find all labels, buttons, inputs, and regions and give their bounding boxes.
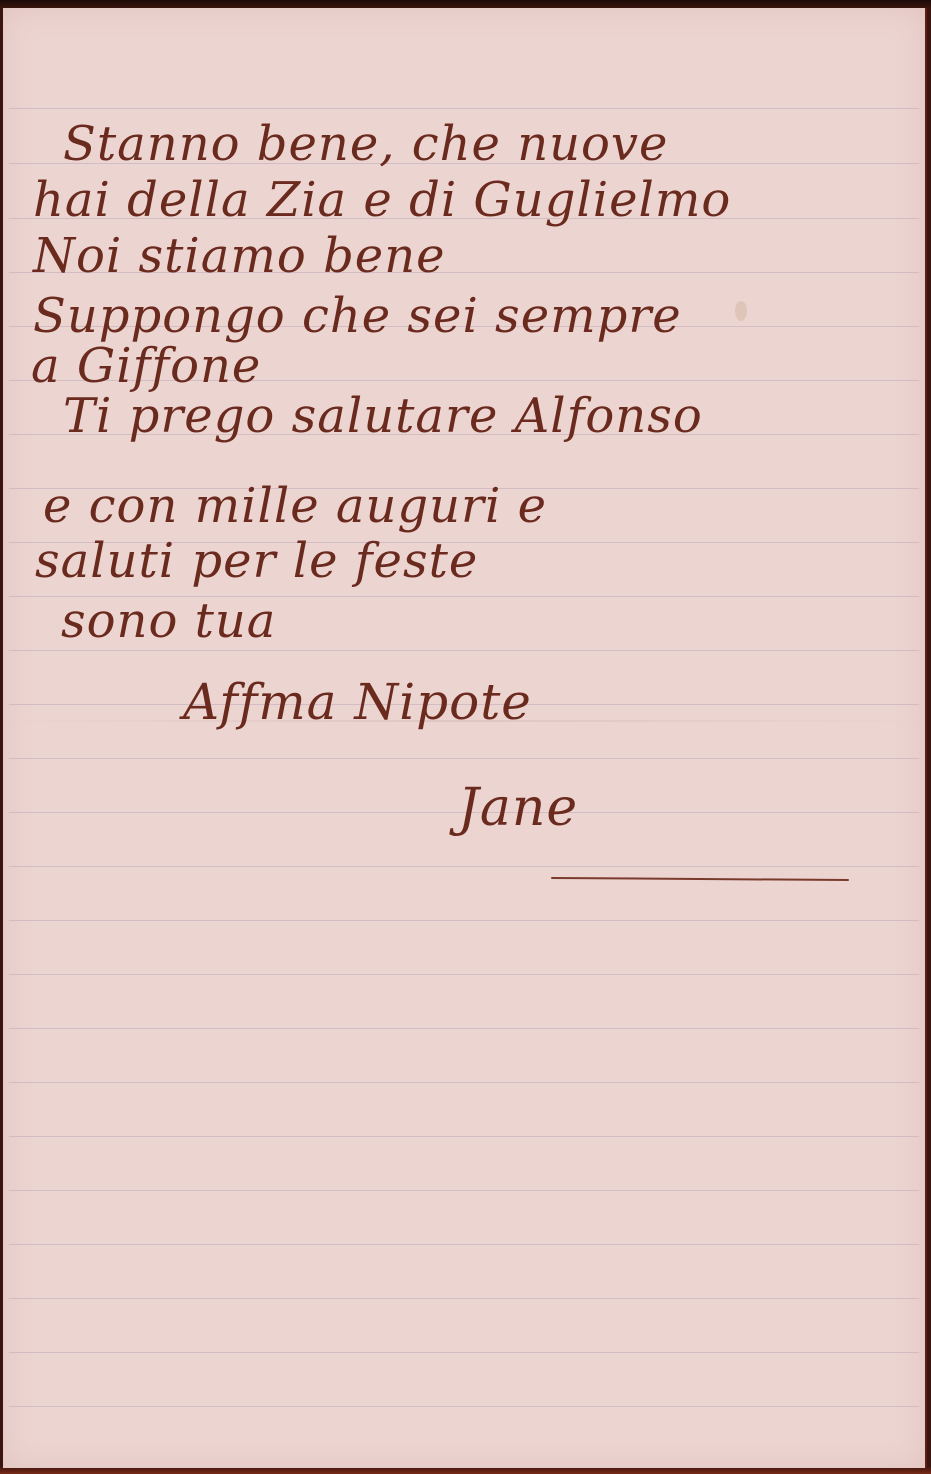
- ruled-line: [9, 1136, 919, 1137]
- letter-line-1: Stanno bene, che nuove: [63, 116, 668, 172]
- letter-line-6: Ti prego salutare Alfonso: [63, 388, 703, 444]
- ruled-line: [9, 1028, 919, 1029]
- signature-underline: [551, 877, 849, 881]
- letter-line-2: hai della Zia e di Guglielmo: [33, 172, 731, 228]
- ruled-line: [9, 1352, 919, 1353]
- letter-line-8: saluti per le feste: [35, 533, 478, 589]
- ruled-line: [9, 1298, 919, 1299]
- ruled-line: [9, 650, 919, 651]
- ruled-line: [9, 1190, 919, 1191]
- ruled-line: [9, 974, 919, 975]
- letter-line-5: a Giffone: [31, 338, 261, 394]
- ruled-line: [9, 758, 919, 759]
- ruled-line: [9, 108, 919, 109]
- ruled-line: [9, 920, 919, 921]
- letter-closing: Affma Nipote: [183, 673, 532, 731]
- letter-line-4: Suppongo che sei sempre: [33, 288, 682, 344]
- paper-stain: [735, 301, 747, 321]
- letter-signature: Jane: [458, 778, 578, 838]
- letter-line-9: sono tua: [61, 593, 276, 649]
- letter-page: Stanno bene, che nuove hai della Zia e d…: [3, 8, 927, 1468]
- letter-line-7: e con mille auguri e: [43, 478, 547, 534]
- ruled-line: [9, 866, 919, 867]
- ruled-line: [9, 1406, 919, 1407]
- ruled-line: [9, 1082, 919, 1083]
- letter-line-3: Noi stiamo bene: [33, 228, 446, 284]
- ruled-line: [9, 1244, 919, 1245]
